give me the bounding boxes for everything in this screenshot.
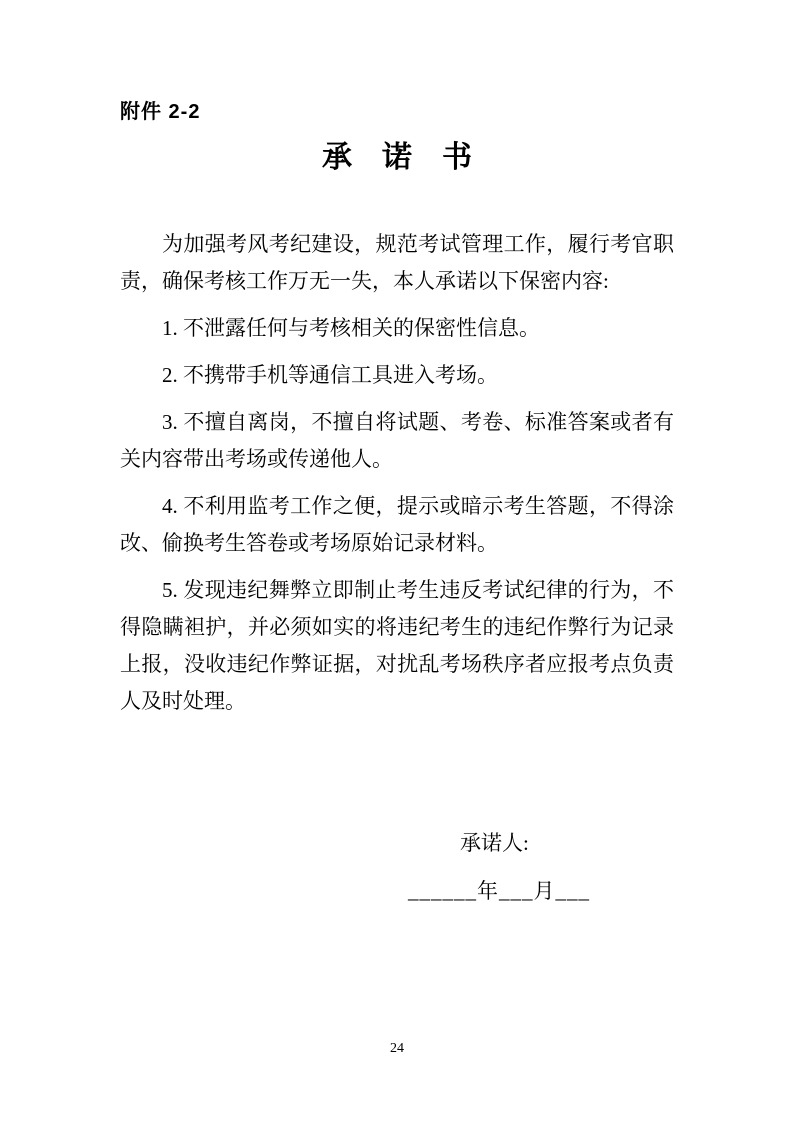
date-blank-line: ______年___月___ (408, 876, 674, 906)
list-item-5: 5. 发现违纪舞弊立即制止考生违反考试纪律的行为，不得隐瞒袒护，并必须如实的将违… (120, 572, 674, 720)
attachment-label: 附件 2-2 (120, 100, 674, 124)
document-body: 为加强考风考纪建设，规范考试管理工作，履行考官职责，确保考核工作万无一失，本人承… (120, 226, 674, 720)
document-page: 附件 2-2 承 诺 书 为加强考风考纪建设，规范考试管理工作，履行考官职责，确… (0, 0, 794, 1123)
page-number: 24 (0, 1040, 794, 1058)
list-item-3: 3. 不擅自离岗，不擅自将试题、考卷、标准答案或者有关内容带出考场或传递他人。 (120, 404, 674, 478)
list-item-4: 4. 不利用监考工作之便，提示或暗示考生答题，不得涂改、偷换考生答卷或考场原始记… (120, 488, 674, 562)
intro-paragraph: 为加强考风考纪建设，规范考试管理工作，履行考官职责，确保考核工作万无一失，本人承… (120, 226, 674, 300)
signature-block: 承诺人: ______年___月___ (120, 828, 674, 906)
document-title: 承 诺 书 (120, 138, 674, 178)
list-item-1: 1. 不泄露任何与考核相关的保密性信息。 (120, 310, 674, 347)
signer-label: 承诺人: (460, 828, 674, 858)
list-item-2: 2. 不携带手机等通信工具进入考场。 (120, 357, 674, 394)
